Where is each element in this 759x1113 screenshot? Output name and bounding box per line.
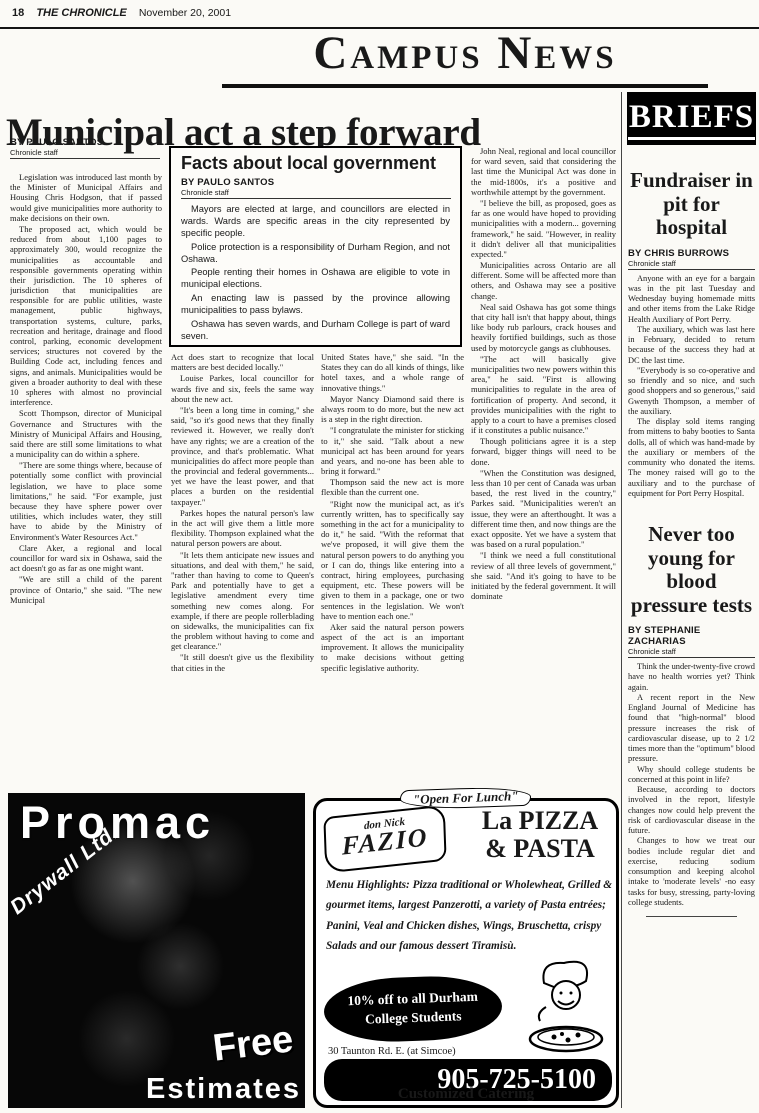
byline-author: BY PAULO SANTOS bbox=[181, 177, 451, 188]
pizza-ad: "Open For Lunch" don Nick FAZIO La PIZZA… bbox=[313, 798, 619, 1108]
paragraph: Changes to how we treat our bodies inclu… bbox=[628, 836, 755, 908]
byline-author: BY PAULO SANTOS bbox=[10, 137, 160, 148]
paragraph: The proposed act, which would be reduced… bbox=[10, 224, 162, 407]
brief-item: Never too young for blood pressure tests… bbox=[627, 523, 756, 917]
paragraph: "We are still a child of the parent prov… bbox=[10, 574, 162, 605]
pizza-title-line1: La PIZZA bbox=[464, 807, 616, 835]
paragraph: "It's been a long time in coming," she s… bbox=[171, 405, 314, 507]
paragraph: Parkes hopes the natural person's law in… bbox=[171, 508, 314, 549]
paragraph: Anyone with an eye for a bargain was in … bbox=[628, 274, 755, 325]
paragraph: "I believe the bill, as proposed, goes a… bbox=[471, 198, 616, 259]
issue-date: November 20, 2001 bbox=[139, 7, 231, 19]
newspaper-page: 18 THE CHRONICLE November 20, 2001 Campu… bbox=[0, 0, 759, 1113]
page-header: 18 THE CHRONICLE November 20, 2001 bbox=[12, 7, 231, 19]
paragraph: A recent report in the New England Journ… bbox=[628, 693, 755, 765]
brief-item: Fundraiser in pit for hospital BY CHRIS … bbox=[627, 169, 756, 499]
article-column-4: John Neal, regional and local councillor… bbox=[471, 146, 616, 788]
briefs-banner: BRIEFS bbox=[627, 92, 756, 145]
paragraph: Legislation was introduced last month by… bbox=[10, 172, 162, 223]
paragraph: People renting their homes in Oshawa are… bbox=[181, 267, 450, 291]
article-column-1: Legislation was introduced last month by… bbox=[10, 172, 162, 772]
page-number: 18 bbox=[12, 7, 24, 19]
paragraph: Thompson said the new act is more flexib… bbox=[321, 477, 464, 497]
paragraph: "It lets them anticipate new issues and … bbox=[171, 550, 314, 652]
paragraph: Because, according to doctors involved i… bbox=[628, 785, 755, 836]
paragraph: Why should college students be concerned… bbox=[628, 765, 755, 786]
paragraph: The auxiliary, which was last here in Fe… bbox=[628, 325, 755, 366]
fazio-logo: don Nick FAZIO bbox=[323, 805, 446, 874]
paragraph: "There are some things where, because of… bbox=[10, 460, 162, 542]
brief-body: Anyone with an eye for a bargain was in … bbox=[628, 274, 755, 500]
paragraph: John Neal, regional and local councillor… bbox=[471, 146, 616, 197]
briefs-end-rule bbox=[646, 916, 736, 917]
briefs-banner-label: BRIEFS bbox=[628, 99, 755, 140]
promac-offer-estimates: Estimates bbox=[146, 1073, 301, 1106]
promac-logo: Promac bbox=[20, 797, 305, 849]
paragraph: United States have," she said. "In the S… bbox=[321, 352, 464, 393]
paragraph: "The act will basically give municipalit… bbox=[471, 354, 616, 436]
paragraph: "When the Constitution was designed, les… bbox=[471, 468, 616, 550]
chef-illustration-icon bbox=[516, 949, 612, 1055]
facts-box-items: Mayors are elected at large, and council… bbox=[181, 204, 450, 343]
publication-name: THE CHRONICLE bbox=[36, 7, 126, 19]
pizza-ad-title: La PIZZA & PASTA bbox=[464, 807, 616, 863]
paragraph: Police protection is a responsibility of… bbox=[181, 242, 450, 266]
promac-ad: Promac Drywall Ltd. Free Estimates bbox=[8, 793, 305, 1108]
brief-byline: BY CHRIS BURROWS Chronicle staff bbox=[628, 248, 755, 270]
facts-box: Facts about local government BY PAULO SA… bbox=[169, 146, 462, 347]
brief-byline: BY STEPHANIE ZACHARIAS Chronicle staff bbox=[628, 625, 755, 658]
byline-org: Chronicle staff bbox=[628, 647, 755, 658]
paragraph: Act does start to recognize that local m… bbox=[171, 352, 314, 372]
pizza-discount-badge: 10% off to all Durham College Students bbox=[323, 974, 503, 1044]
brief-headline: Fundraiser in pit for hospital bbox=[629, 169, 754, 240]
paragraph: Louise Parkes, local councillor for ward… bbox=[171, 373, 314, 404]
paragraph: "Everybody is so co-operative and so fri… bbox=[628, 366, 755, 417]
article-column-2: Act does start to recognize that local m… bbox=[171, 352, 314, 766]
sidebar-divider bbox=[621, 92, 622, 1108]
paragraph: Neal said Oshawa has got some things tha… bbox=[471, 302, 616, 353]
byline-author: BY STEPHANIE ZACHARIAS bbox=[628, 625, 755, 647]
pizza-menu-highlights: Menu Highlights: Pizza traditional or Wh… bbox=[326, 875, 614, 956]
section-banner: Campus News bbox=[222, 30, 708, 88]
paragraph: An enacting law is passed by the provinc… bbox=[181, 293, 450, 317]
briefs-sidebar: BRIEFS Fundraiser in pit for hospital BY… bbox=[627, 92, 756, 1108]
byline-org: Chronicle staff bbox=[628, 259, 755, 270]
byline-org: Chronicle staff bbox=[10, 148, 160, 159]
facts-box-byline: BY PAULO SANTOS Chronicle staff bbox=[181, 177, 451, 199]
paragraph: Mayors are elected at large, and council… bbox=[181, 204, 450, 240]
paragraph: "I think we need a full constitutional r… bbox=[471, 550, 616, 601]
brief-body: Think the under-twenty-five crowd have n… bbox=[628, 662, 755, 908]
article-column-3: United States have," she said. "In the S… bbox=[321, 352, 464, 760]
paragraph: "Right now the municipal act, as it's cu… bbox=[321, 499, 464, 621]
paragraph: Municipalities across Ontario are all di… bbox=[471, 260, 616, 301]
byline-author: BY CHRIS BURROWS bbox=[628, 248, 755, 259]
article-byline: BY PAULO SANTOS Chronicle staff bbox=[10, 137, 160, 159]
brief-headline: Never too young for blood pressure tests bbox=[629, 523, 754, 617]
paragraph: Aker said the natural person powers aspe… bbox=[321, 622, 464, 673]
paragraph: Mayor Nancy Diamond said there is always… bbox=[321, 394, 464, 425]
pizza-title-line2: & PASTA bbox=[464, 835, 616, 863]
paragraph: "I congratulate the minister for stickin… bbox=[321, 425, 464, 476]
paragraph: Oshawa has seven wards, and Durham Colle… bbox=[181, 319, 450, 343]
paragraph: Though politicians agree it is a step fo… bbox=[471, 436, 616, 467]
paragraph: Think the under-twenty-five crowd have n… bbox=[628, 662, 755, 693]
pizza-catering-label: Customized Catering bbox=[316, 1086, 616, 1103]
facts-box-title: Facts about local government bbox=[181, 153, 450, 174]
paragraph: Clare Aker, a regional and local council… bbox=[10, 543, 162, 574]
paragraph: "It still doesn't give us the flexibilit… bbox=[171, 652, 314, 672]
paragraph: Scott Thompson, director of Municipal Go… bbox=[10, 408, 162, 459]
promac-offer-free: Free bbox=[210, 1018, 295, 1070]
pizza-address: 30 Taunton Rd. E. (at Simcoe) bbox=[328, 1046, 456, 1057]
paragraph: The display sold items ranging from mitt… bbox=[628, 417, 755, 499]
byline-org: Chronicle staff bbox=[181, 188, 451, 199]
